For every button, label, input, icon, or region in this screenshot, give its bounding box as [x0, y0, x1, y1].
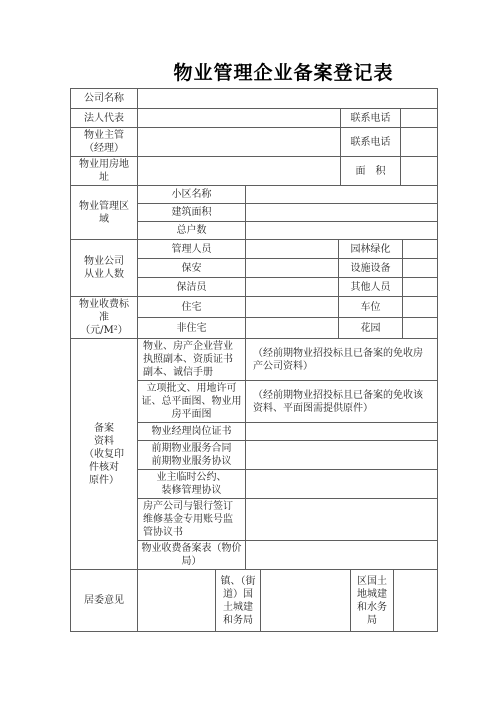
filing-doc-business-license: 物业、房产企业营业执照副本、资质证书副本、诚信手册 — [138, 339, 246, 381]
staff-section-label: 物业公司 从业人数 — [71, 240, 138, 297]
filing-doc-maintenance-fund-agreement: 房产公司与银行签订维修基金专用账号监管协议书 — [138, 499, 246, 541]
registration-table: 公司名称 法人代表 联系电话 物业主管 （经理） 联系电话 物业用房地 址 面 … — [70, 88, 439, 632]
filing-doc-service-contract: 前期物业服务合同 前期物业服务协议 — [138, 441, 246, 470]
total-households-value-cell — [246, 222, 438, 240]
filing-note-business-license: （经前期物业招投标且已备案的免收房产公司资料） — [246, 339, 438, 381]
community-name-label: 小区名称 — [138, 186, 246, 204]
residential-fee-label: 住宅 — [138, 297, 246, 318]
filing-doc-fee-filing-form: 物业收费备案表（物价局） — [138, 541, 246, 570]
community-name-value-cell — [246, 186, 438, 204]
managers-count-value-cell — [246, 240, 339, 259]
other-staff-count-value-cell — [403, 278, 438, 297]
facilities-count-label: 设施设备 — [339, 259, 403, 278]
filing-doc-approval-plans: 立项批文、用地许可证、总平面图、物业用房平面图 — [138, 381, 246, 423]
town-bureau-opinion-value-cell — [261, 570, 351, 632]
nonresidential-fee-label: 非住宅 — [138, 318, 246, 339]
manager-value-cell — [138, 128, 341, 157]
committee-opinion-label: 居委意见 — [71, 570, 138, 632]
form-page: 物业管理企业备案登记表 公司名称 法人代表 联系电话 物业主管 （经理） 联系电… — [0, 0, 500, 708]
company-name-label: 公司名称 — [71, 89, 138, 109]
manager-phone-value-cell — [401, 128, 438, 157]
filing-note-maintenance-fund-agreement — [246, 499, 438, 541]
table-staff-counts: 物业公司 从业人数 管理人员 园林绿化 保安 设施设备 保洁员 其他人员 — [70, 239, 438, 297]
property-room-address-label: 物业用房地 址 — [71, 157, 138, 186]
page-title: 物业管理企业备案登记表 — [66, 58, 500, 85]
legal-rep-label: 法人代表 — [71, 109, 138, 128]
cleaners-count-label: 保洁员 — [138, 278, 246, 297]
filing-note-fee-filing-form — [246, 541, 438, 570]
managers-count-label: 管理人员 — [138, 240, 246, 259]
property-room-address-value-cell — [138, 157, 341, 186]
residential-fee-value-cell — [246, 297, 339, 318]
legal-rep-phone-label: 联系电话 — [341, 109, 401, 128]
table-management-area: 物业管理区 域 小区名称 建筑面积 总户数 — [70, 185, 438, 240]
manager-label: 物业主管 （经理） — [71, 128, 138, 157]
security-count-label: 保安 — [138, 259, 246, 278]
area-label: 面 积 — [341, 157, 401, 186]
parking-fee-label: 车位 — [339, 297, 403, 318]
facilities-count-value-cell — [403, 259, 438, 278]
town-bureau-label: 镇、（街道）国土城建和务局 — [216, 570, 261, 632]
building-area-value-cell — [246, 204, 438, 222]
other-staff-count-label: 其他人员 — [339, 278, 403, 297]
district-bureau-opinion-value-cell — [394, 570, 438, 632]
committee-opinion-value-cell — [138, 570, 216, 632]
company-name-value-cell — [138, 89, 438, 109]
legal-rep-phone-value-cell — [401, 109, 438, 128]
security-count-value-cell — [246, 259, 339, 278]
filing-note-approval-plans: （经前期物业招投标且已备案的免收该资料、平面图需提供原件） — [246, 381, 438, 423]
fee-section-label: 物业收费标 准 （元/M²） — [71, 297, 138, 339]
filing-note-service-contract — [246, 441, 438, 470]
landscaping-count-label: 园林绿化 — [339, 240, 403, 259]
table-basic-info: 公司名称 法人代表 联系电话 物业主管 （经理） 联系电话 物业用房地 址 面 … — [70, 88, 438, 186]
area-value-cell — [401, 157, 438, 186]
nonresidential-fee-value-cell — [246, 318, 339, 339]
legal-rep-value-cell — [138, 109, 341, 128]
total-households-label: 总户数 — [138, 222, 246, 240]
management-area-section-label: 物业管理区 域 — [71, 186, 138, 240]
garden-fee-label: 花园 — [339, 318, 403, 339]
filing-note-owner-convention — [246, 470, 438, 499]
landscaping-count-value-cell — [403, 240, 438, 259]
table-filing-documents: 备案 资料 （收复印 件核对 原件） 物业、房产企业营业执照副本、资质证书副本、… — [70, 338, 438, 570]
cleaners-count-value-cell — [246, 278, 339, 297]
garden-fee-value-cell — [403, 318, 438, 339]
filing-section-label: 备案 资料 （收复印 件核对 原件） — [71, 339, 138, 570]
filing-note-manager-certificate — [246, 423, 438, 441]
parking-fee-value-cell — [403, 297, 438, 318]
building-area-label: 建筑面积 — [138, 204, 246, 222]
table-fee-standards: 物业收费标 准 （元/M²） 住宅 车位 非住宅 花园 — [70, 296, 438, 339]
manager-phone-label: 联系电话 — [341, 128, 401, 157]
table-opinions: 居委意见 镇、（街道）国土城建和务局 区国土地城建和水务局 — [70, 569, 438, 632]
filing-doc-manager-certificate: 物业经理岗位证书 — [138, 423, 246, 441]
filing-doc-owner-convention: 业主临时公约、 装修管理协议 — [138, 470, 246, 499]
district-bureau-label: 区国土地城建和水务局 — [351, 570, 394, 632]
